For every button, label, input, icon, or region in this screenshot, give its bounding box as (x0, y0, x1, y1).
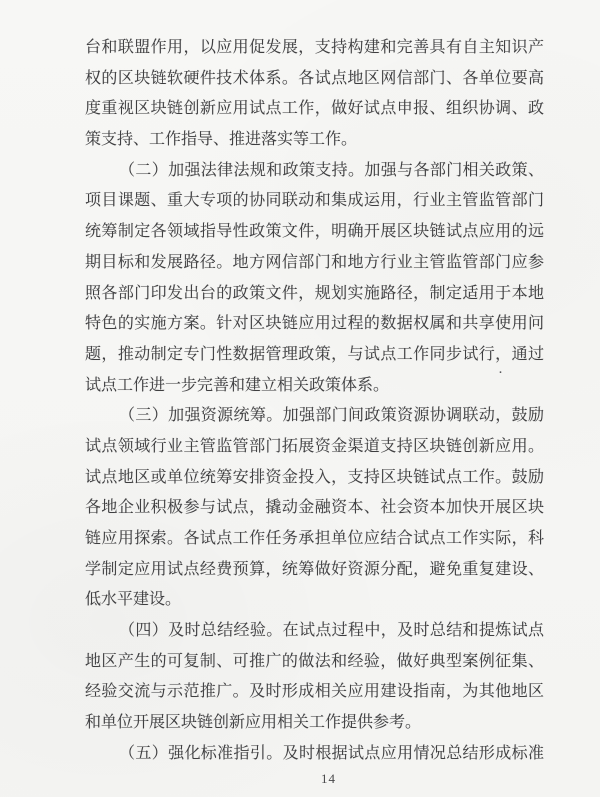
text-line: 度重视区块链创新应用试点工作，做好试点申报、组织协调、政 (85, 94, 544, 125)
text-line-paragraph-start: （四）及时总结经验。在试点过程中，及时总结和提炼试点 (85, 616, 544, 647)
text-line: 题，推动制定专门性数据管理政策，与试点工作同步试行，通过 (85, 340, 544, 371)
text-line: 低水平建设。 (85, 585, 544, 616)
text-line-paragraph-start: （二）加强法律法规和政策支持。加强与各部门相关政策、 (85, 156, 544, 187)
text-line: 学制定应用试点经费预算，统筹做好资源分配，避免重复建设、 (85, 555, 544, 586)
text-line: 试点地区或单位统筹安排资金投入，支持区块链试点工作。鼓励 (85, 463, 544, 494)
text-line: 期目标和发展路径。地方网信部门和地方行业主管监管部门应参 (85, 248, 544, 279)
text-line: 试点工作进一步完善和建立相关政策体系。 (85, 371, 544, 402)
text-line: 权的区块链软硬件技术体系。各试点地区网信部门、各单位要高 (85, 64, 544, 95)
body-text-block: 台和联盟作用，以应用促发展，支持构建和完善具有自主知识产 权的区块链软硬件技术体… (85, 33, 544, 770)
text-line: 台和联盟作用，以应用促发展，支持构建和完善具有自主知识产 (85, 33, 544, 64)
text-line-paragraph-start: （五）强化标准指引。及时根据试点应用情况总结形成标准 (85, 739, 544, 770)
text-line: 各地企业积极参与试点，撬动金融资本、社会资本加快开展区块 (85, 493, 544, 524)
text-line: 试点领域行业主管监管部门拓展资金渠道支持区块链创新应用。 (85, 432, 544, 463)
text-line: 和单位开展区块链创新应用相关工作提供参考。 (85, 708, 544, 739)
document-page: 台和联盟作用，以应用促发展，支持构建和完善具有自主知识产 权的区块链软硬件技术体… (0, 0, 600, 797)
text-line: 经验交流与示范推广。及时形成相关应用建设指南，为其他地区 (85, 677, 544, 708)
text-line: 链应用探索。各试点工作任务承担单位应结合试点工作实际，科 (85, 524, 544, 555)
text-line: 项目课题、重大专项的协同联动和集成运用，行业主管监管部门 (85, 186, 544, 217)
text-line: 特色的实施方案。针对区块链应用过程的数据权属和共享使用问 (85, 309, 544, 340)
page-number: 14 (99, 771, 558, 789)
text-line: 策支持、工作指导、推进落实等工作。 (85, 125, 544, 156)
text-line-paragraph-start: （三）加强资源统筹。加强部门间政策资源协调联动，鼓励 (85, 401, 544, 432)
text-line: 照各部门印发出台的政策文件，规划实施路径，制定适用于本地 (85, 279, 544, 310)
ink-dot-artifact: · (498, 366, 503, 381)
text-line: 统筹制定各领域指导性政策文件，明确开展区块链试点应用的远 (85, 217, 544, 248)
text-line: 地区产生的可复制、可推广的做法和经验，做好典型案例征集、 (85, 647, 544, 678)
